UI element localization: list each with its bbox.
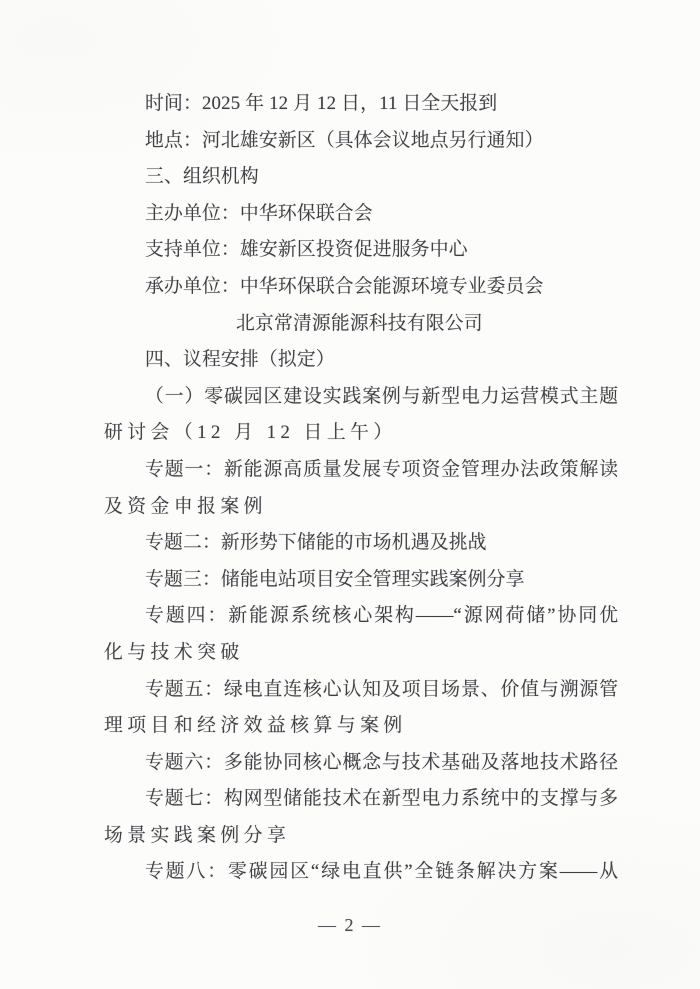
- document-page: 时间：2025 年 12 月 12 日，11 日全天报到地点：河北雄安新区（具体…: [0, 0, 700, 989]
- text-line: 承办单位：中华环保联合会能源环境专业委员会: [104, 269, 618, 306]
- text-line: 专题六：多能协同核心概念与技术基础及落地技术路径: [104, 745, 618, 782]
- text-line: 时间：2025 年 12 月 12 日，11 日全天报到: [104, 86, 618, 123]
- text-line: 北京常清源能源科技有限公司: [104, 306, 618, 343]
- text-line: 专题七：构网型储能技术在新型电力系统中的支撑与多: [104, 781, 618, 818]
- document-body: 时间：2025 年 12 月 12 日，11 日全天报到地点：河北雄安新区（具体…: [104, 86, 618, 891]
- text-line: 理项目和经济效益核算与案例: [104, 708, 618, 745]
- text-line: 专题八：零碳园区“绿电直供”全链条解决方案——从: [104, 854, 618, 891]
- text-line: 专题三：储能电站项目安全管理实践案例分享: [104, 562, 618, 599]
- text-line: 专题二：新形势下储能的市场机遇及挑战: [104, 525, 618, 562]
- text-line: 化与技术突破: [104, 635, 618, 672]
- text-line: 支持单位：雄安新区投资促进服务中心: [104, 232, 618, 269]
- text-line: 研讨会（12 月 12 日上午）: [104, 415, 618, 452]
- text-line: 主办单位：中华环保联合会: [104, 196, 618, 233]
- text-line: 四、议程安排（拟定）: [104, 342, 618, 379]
- page-number: — 2 —: [318, 915, 382, 935]
- text-line: 场景实践案例分享: [104, 818, 618, 855]
- text-line: 三、组织机构: [104, 159, 618, 196]
- text-line: （一）零碳园区建设实践案例与新型电力运营模式主题: [104, 379, 618, 416]
- text-line: 专题五：绿电直连核心认知及项目场景、价值与溯源管: [104, 672, 618, 709]
- text-line: 地点：河北雄安新区（具体会议地点另行通知）: [104, 123, 618, 160]
- page-footer: — 2 —: [0, 915, 700, 936]
- text-line: 及资金申报案例: [104, 489, 618, 526]
- text-line: 专题四：新能源系统核心架构——“源网荷储”协同优: [104, 598, 618, 635]
- text-line: 专题一：新能源高质量发展专项资金管理办法政策解读: [104, 452, 618, 489]
